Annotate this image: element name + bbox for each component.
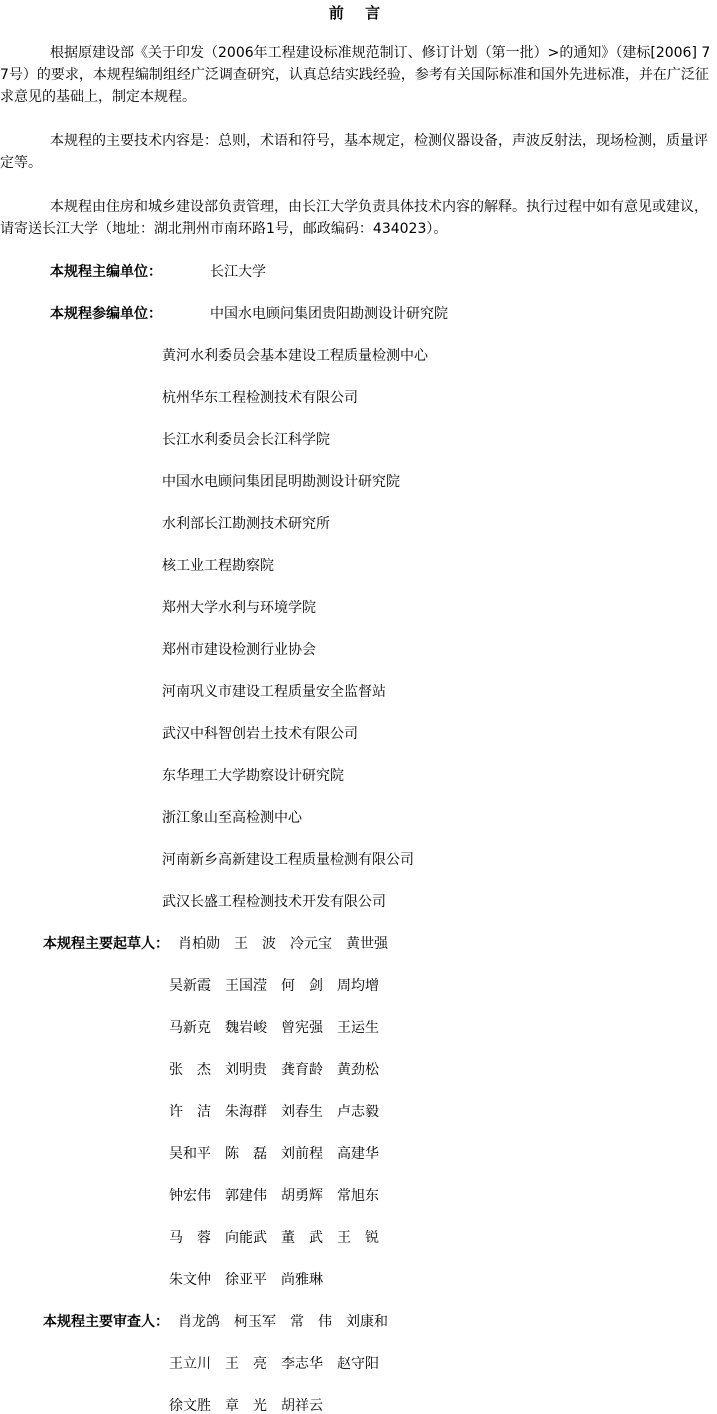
person-name: 何 剑 (281, 978, 337, 994)
participating-units-label: 本规程参编单位： (50, 306, 162, 322)
person-name: 龚育龄 (281, 1062, 337, 1078)
person-name: 魏岩峻 (225, 1020, 281, 1036)
participating-unit: 长江水利委员会长江科学院 (162, 432, 330, 448)
participating-unit: 中国水电顾问集团昆明勘测设计研究院 (162, 474, 400, 490)
person-name: 胡祥云 (281, 1398, 323, 1414)
person-name: 吴新霞 (169, 978, 225, 994)
reviewers-row: 王立川王 亮李志华赵守阳 (169, 1356, 379, 1372)
drafters-row: 钟宏伟郭建伟胡勇辉常旭东 (169, 1188, 379, 1204)
participating-unit: 河南新乡高新建设工程质量检测有限公司 (162, 852, 414, 868)
drafters-row: 马 蓉向能武董 武王 锐 (169, 1230, 379, 1246)
chief-unit-value: 长江大学 (210, 264, 266, 280)
person-name: 王 亮 (225, 1356, 281, 1372)
paragraph-1: 根据原建设部《关于印发（2006年工程建设标准规范制订、修订计划（第一批）>的通… (0, 42, 712, 108)
paragraph-3: 本规程由住房和城乡建设部负责管理，由长江大学负责具体技术内容的解释。执行过程中如… (0, 196, 712, 240)
drafters-row: 张 杰刘明贵龚育龄黄劲松 (169, 1062, 379, 1078)
participating-unit: 河南巩义市建设工程质量安全监督站 (162, 684, 386, 700)
person-name: 黄劲松 (337, 1062, 379, 1078)
drafters-row: 肖柏勋王 波冷元宝黄世强 (178, 936, 388, 952)
drafters-row: 许 洁朱海群刘春生卢志毅 (169, 1104, 379, 1120)
person-name: 刘康和 (346, 1314, 388, 1330)
person-name: 刘前程 (281, 1146, 337, 1162)
person-name: 卢志毅 (337, 1104, 379, 1120)
participating-unit: 浙江象山至高检测中心 (162, 810, 302, 826)
chief-unit-label: 本规程主编单位： (50, 264, 162, 280)
person-name: 周均增 (337, 978, 379, 994)
person-name: 马 蓉 (169, 1230, 225, 1246)
person-name: 刘明贵 (225, 1062, 281, 1078)
person-name: 刘春生 (281, 1104, 337, 1120)
participating-unit: 武汉长盛工程检测技术开发有限公司 (162, 894, 386, 910)
person-name: 曾宪强 (281, 1020, 337, 1036)
person-name: 王 锐 (337, 1230, 379, 1246)
person-name: 向能武 (225, 1230, 281, 1246)
participating-unit: 郑州市建设检测行业协会 (162, 642, 316, 658)
drafters-row: 吴新霞王国滢何 剑周均增 (169, 978, 379, 994)
person-name: 常 伟 (290, 1314, 346, 1330)
person-name: 徐亚平 (225, 1272, 281, 1288)
person-name: 王 波 (234, 936, 290, 952)
person-name: 王运生 (337, 1020, 379, 1036)
page-title: 前 言 (0, 5, 717, 21)
person-name: 胡勇辉 (281, 1188, 337, 1204)
person-name: 肖柏勋 (178, 936, 234, 952)
person-name: 王国滢 (225, 978, 281, 994)
participating-unit: 东华理工大学勘察设计研究院 (162, 768, 344, 784)
person-name: 王立川 (169, 1356, 225, 1372)
drafters-row: 朱文仲徐亚平尚雅琳 (169, 1272, 323, 1288)
participating-unit: 黄河水利委员会基本建设工程质量检测中心 (162, 348, 428, 364)
person-name: 徐文胜 (169, 1398, 225, 1414)
person-name: 赵守阳 (337, 1356, 379, 1372)
person-name: 高建华 (337, 1146, 379, 1162)
participating-unit: 水利部长江勘测技术研究所 (162, 516, 330, 532)
reviewers-row: 徐文胜章 光胡祥云 (169, 1398, 323, 1414)
person-name: 张 杰 (169, 1062, 225, 1078)
person-name: 吴和平 (169, 1146, 225, 1162)
person-name: 肖龙鸽 (178, 1314, 234, 1330)
person-name: 李志华 (281, 1356, 337, 1372)
person-name: 常旭东 (337, 1188, 379, 1204)
person-name: 章 光 (225, 1398, 281, 1414)
paragraph-2: 本规程的主要技术内容是：总则，术语和符号，基本规定，检测仪器设备，声波反射法，现… (0, 130, 712, 174)
person-name: 陈 磊 (225, 1146, 281, 1162)
person-name: 冷元宝 (290, 936, 346, 952)
participating-unit: 核工业工程勘察院 (162, 558, 274, 574)
person-name: 朱海群 (225, 1104, 281, 1120)
person-name: 钟宏伟 (169, 1188, 225, 1204)
drafters-row: 吴和平陈 磊刘前程高建华 (169, 1146, 379, 1162)
reviewers-label: 本规程主要审查人： (43, 1314, 169, 1330)
participating-unit: 杭州华东工程检测技术有限公司 (162, 390, 358, 406)
person-name: 柯玉军 (234, 1314, 290, 1330)
person-name: 尚雅琳 (281, 1272, 323, 1288)
person-name: 马新克 (169, 1020, 225, 1036)
drafters-label: 本规程主要起草人： (43, 936, 169, 952)
person-name: 郭建伟 (225, 1188, 281, 1204)
participating-unit: 郑州大学水利与环境学院 (162, 600, 316, 616)
participating-unit: 中国水电顾问集团贵阳勘测设计研究院 (210, 306, 448, 322)
participating-unit: 武汉中科智创岩土技术有限公司 (162, 726, 358, 742)
person-name: 黄世强 (346, 936, 388, 952)
reviewers-row: 肖龙鸽柯玉军常 伟刘康和 (178, 1314, 388, 1330)
person-name: 董 武 (281, 1230, 337, 1246)
person-name: 许 洁 (169, 1104, 225, 1120)
drafters-row: 马新克魏岩峻曾宪强王运生 (169, 1020, 379, 1036)
person-name: 朱文仲 (169, 1272, 225, 1288)
